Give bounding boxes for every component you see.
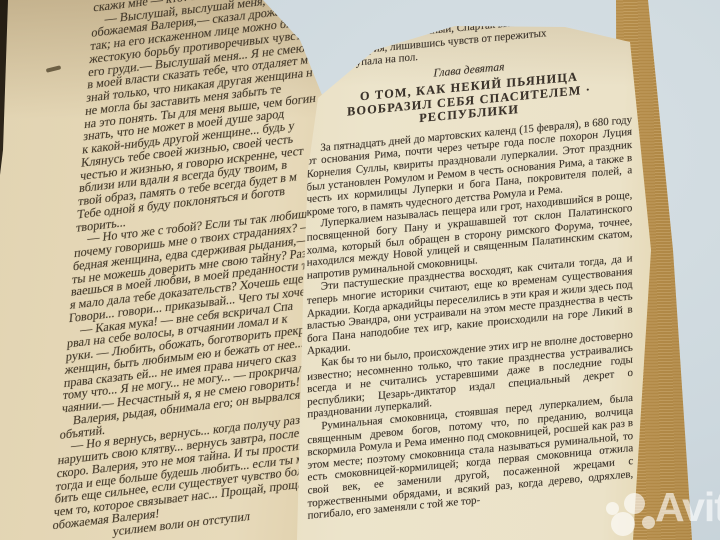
avito-watermark: Avito	[598, 490, 720, 540]
body-paragraphs: За пятнадцать дней до мартовских календ …	[306, 114, 633, 523]
right-page-text: рыданий. Шатаясь, как пьяный, Спартак вы…	[306, 6, 633, 522]
book-photo: же! Рассей мои сомнения, каскажи мне — к…	[0, 0, 720, 540]
avito-circle-large	[611, 512, 635, 536]
avito-watermark-text: Avito	[655, 484, 720, 531]
avito-circle-medium	[624, 493, 645, 514]
avito-circle-tiny	[642, 516, 655, 529]
